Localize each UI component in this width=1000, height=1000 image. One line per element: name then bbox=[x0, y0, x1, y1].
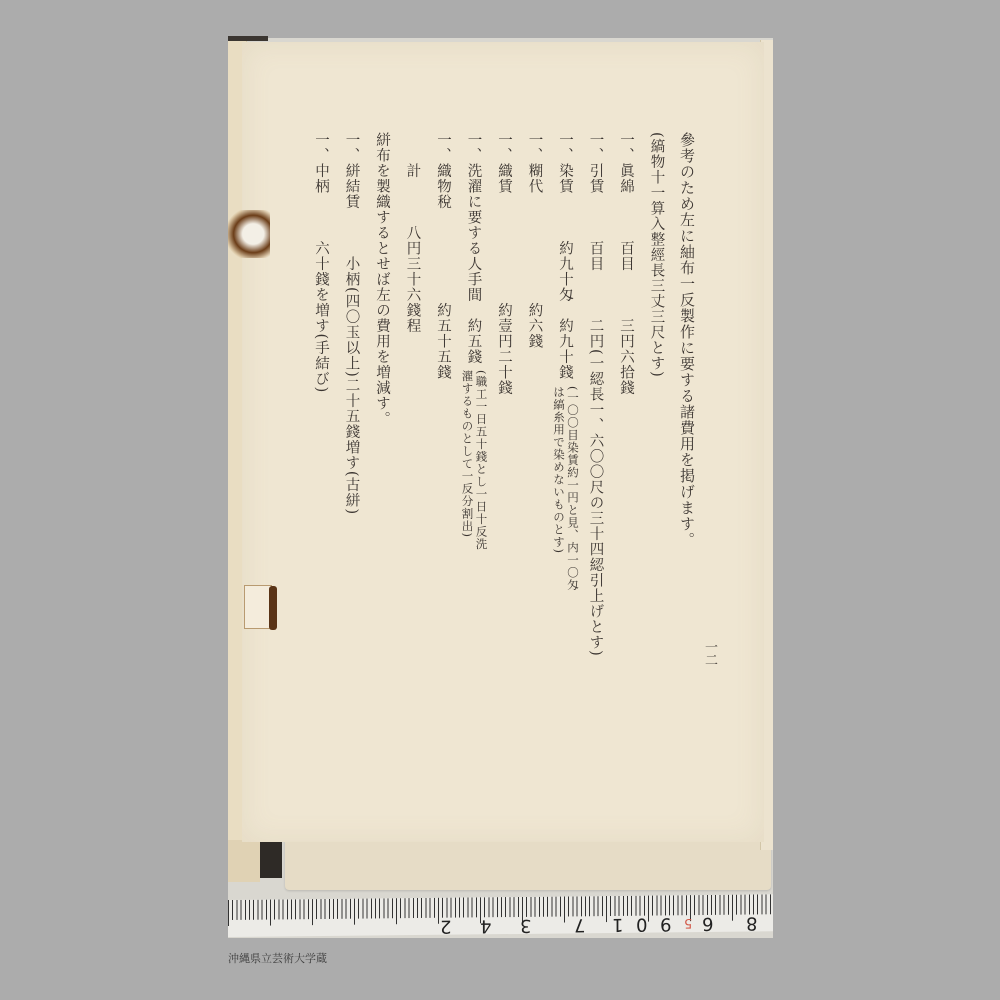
item-cost: 約九十錢 bbox=[557, 318, 573, 380]
item-marker: 一、 bbox=[618, 132, 634, 163]
torn-tab bbox=[244, 585, 272, 629]
item-name: 織賃 bbox=[496, 163, 512, 194]
item-name: 中柄 bbox=[313, 163, 329, 194]
binding-hole-damage bbox=[228, 210, 270, 258]
vertical-text-body: 參考のため左に紬布一反製作に要する諸費用を掲げます。 (縞物十一算入整經長三丈三… bbox=[292, 132, 702, 692]
item-cost: 約壹円二十錢 bbox=[496, 303, 512, 396]
cost-item: 一、織賃 約壹円二十錢 bbox=[489, 132, 520, 692]
cost-item: 一、洗濯に要する人手間 約五錢 (職工一日五十錢とし一日十反洗 濯するものとして… bbox=[458, 132, 489, 692]
total-line: 計 八円三十六錢程 bbox=[397, 132, 428, 692]
item-qty: 約九十匁 bbox=[557, 241, 573, 303]
cover-edge bbox=[228, 36, 268, 41]
ruler-label: 0 bbox=[636, 914, 647, 935]
ruler-label: 5 bbox=[684, 915, 692, 930]
item-qty: 百目 bbox=[588, 241, 604, 272]
kasuri-item: 一、絣結賃 小柄(四〇玉以上)二十五錢増す(古絣) bbox=[336, 132, 367, 692]
item-name: 絣結賃 bbox=[344, 163, 360, 210]
item-marker: 一、 bbox=[588, 132, 604, 163]
item-marker: 一、 bbox=[527, 132, 543, 163]
item-name: 眞綿 bbox=[618, 163, 634, 194]
item-detail: 六十錢を増す(手結び) bbox=[313, 241, 329, 394]
ruler-label: 6 bbox=[702, 913, 713, 934]
spec-line: (縞物十一算入整經長三丈三尺とす) bbox=[641, 132, 672, 692]
item-name: 洗濯に要する人手間 bbox=[466, 163, 482, 303]
item-marker: 一、 bbox=[557, 132, 573, 163]
ruler-label: 4 bbox=[480, 915, 491, 936]
cost-item: 一、引賃 百目 二円(一綛長一、六〇〇尺の三十四綛引上げとす) bbox=[580, 132, 611, 692]
item-cost: 約五錢 bbox=[466, 318, 482, 365]
kasuri-item: 一、中柄 六十錢を増す(手結び) bbox=[306, 132, 337, 692]
note-line: 濯するものとして一反分割出) bbox=[461, 370, 475, 551]
item-name: 染賃 bbox=[557, 163, 573, 194]
note-line: は縞糸用で染めないものとす) bbox=[552, 386, 566, 592]
item-cost: 約五十五錢 bbox=[435, 303, 451, 381]
item-cost: 三円六拾錢 bbox=[618, 318, 634, 396]
note-line: (職工一日五十錢とし一日十反洗 bbox=[475, 370, 489, 551]
ruler-label: 8 bbox=[746, 912, 757, 933]
ruler-label: 1 bbox=[612, 914, 623, 935]
cost-item: 一、染賃 約九十匁 約九十錢 (一〇〇目染賃約一円と見、内一〇匁 は縞糸用で染め… bbox=[550, 132, 581, 692]
item-marker: 一、 bbox=[496, 132, 512, 163]
cost-item: 一、眞綿 百目 三円六拾錢 bbox=[611, 132, 642, 692]
item-name: 織物稅 bbox=[435, 163, 451, 210]
under-page bbox=[285, 840, 771, 890]
kasuri-intro: 絣布を製織するとせば左の費用を増減す。 bbox=[367, 132, 398, 692]
cost-item: 一、織物稅 約五十五錢 bbox=[428, 132, 459, 692]
item-detail: 小柄(四〇玉以上)二十五錢増す(古絣) bbox=[344, 256, 360, 515]
item-cost: 約六錢 bbox=[527, 303, 543, 350]
note-line: (一〇〇目染賃約一円と見、内一〇匁 bbox=[566, 386, 580, 592]
page-number: 一二 bbox=[700, 640, 719, 666]
ruler-label: 7 bbox=[574, 914, 585, 935]
item-marker: 一、 bbox=[435, 132, 451, 163]
item-note: (一〇〇目染賃約一円と見、内一〇匁 は縞糸用で染めないものとす) bbox=[552, 386, 580, 592]
total-value: 八円三十六錢程 bbox=[405, 225, 421, 334]
item-note: (職工一日五十錢とし一日十反洗 濯するものとして一反分割出) bbox=[461, 370, 489, 551]
ruler-label: 3 bbox=[520, 915, 531, 936]
ruler-label: 2 bbox=[440, 916, 451, 937]
cost-item: 一、糊代 約六錢 bbox=[519, 132, 550, 692]
measuring-ruler: 8 6 5 9 0 1 7 3 4 2 bbox=[228, 894, 773, 937]
item-name: 糊代 bbox=[527, 163, 543, 194]
item-qty: 百目 bbox=[618, 241, 634, 272]
ruler-label: 9 bbox=[660, 913, 671, 934]
item-marker: 一、 bbox=[313, 132, 329, 163]
item-marker: 一、 bbox=[466, 132, 482, 163]
item-cost: 二円(一綛長一、六〇〇尺の三十四綛引上げとす) bbox=[588, 318, 604, 657]
total-label: 計 bbox=[405, 163, 421, 179]
item-marker: 一、 bbox=[344, 132, 360, 163]
intro-line: 參考のため左に紬布一反製作に要する諸費用を掲げます。 bbox=[672, 132, 703, 692]
item-name: 引賃 bbox=[588, 163, 604, 194]
collection-caption: 沖縄県立芸術大学蔵 bbox=[228, 950, 327, 966]
